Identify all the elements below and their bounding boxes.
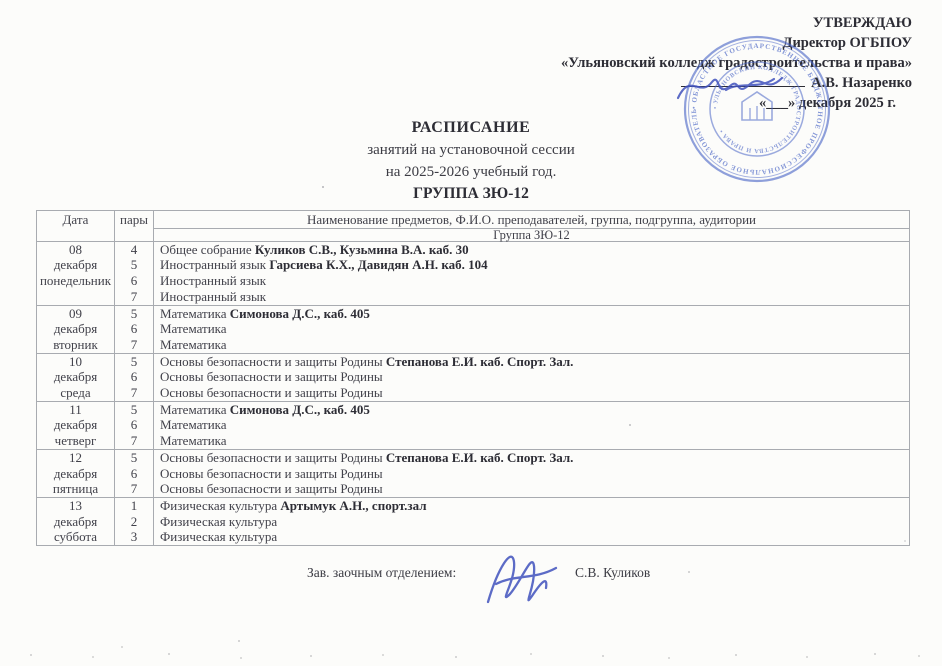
date-line: 09 [37, 306, 114, 322]
pair-number-cell: 7 [115, 481, 154, 497]
schedule-row: 7Основы безопасности и защиты Родины [37, 385, 910, 401]
pair-number-cell: 4 [115, 241, 154, 257]
lesson-cell: Математика [154, 337, 910, 353]
schedule-row: 7Иностранный язык [37, 289, 910, 305]
teacher-room-text: Степанова Е.И. каб. Спорт. Зал. [386, 450, 574, 465]
subject-text: Физическая культура [160, 498, 280, 513]
lesson-cell: Основы безопасности и защиты Родины [154, 481, 910, 497]
schedule-row: 6Основы безопасности и защиты Родины [37, 466, 910, 482]
document-title: РАСПИСАНИЕ [0, 117, 942, 139]
lesson-cell: Основы безопасности и защиты Родины Степ… [154, 353, 910, 369]
subject-text: Основы безопасности и защиты Родины [160, 481, 383, 496]
teacher-room-text: Куликов С.В., Кузьмина В.А. каб. 30 [255, 242, 469, 257]
date-line: 12 [37, 450, 114, 466]
scan-noise-specks [0, 0, 2, 2]
pair-number-cell: 5 [115, 401, 154, 417]
lesson-cell: Математика [154, 417, 910, 433]
subject-text: Иностранный язык [160, 289, 266, 304]
teacher-room-text: Симонова Д.С., каб. 405 [230, 306, 370, 321]
pair-number-cell: 5 [115, 257, 154, 273]
pair-number-cell: 6 [115, 369, 154, 385]
subject-text: Математика [160, 402, 230, 417]
teacher-room-text: Артымук А.Н., спорт.зал [280, 498, 426, 513]
subject-text: Математика [160, 321, 227, 336]
date-line: понедельник [37, 273, 114, 289]
lesson-cell: Физическая культура [154, 514, 910, 530]
lesson-cell: Математика Симонова Д.С., каб. 405 [154, 305, 910, 321]
date-line: среда [37, 385, 114, 401]
schedule-row: 6Математика [37, 321, 910, 337]
teacher-room-text: Гарсиева К.Х., Давидян А.Н. каб. 104 [269, 257, 487, 272]
schedule-row: 7Математика [37, 337, 910, 353]
date-line: декабря [37, 369, 114, 385]
schedule-row: 09декабрявторник5Математика Симонова Д.С… [37, 305, 910, 321]
lesson-cell: Иностранный язык Гарсиева К.Х., Давидян … [154, 257, 910, 273]
schedule-row: 13декабрясуббота1Физическая культура Арт… [37, 497, 910, 513]
lesson-cell: Физическая культура Артымук А.Н., спорт.… [154, 497, 910, 513]
lesson-cell: Математика [154, 321, 910, 337]
lesson-cell: Основы безопасности и защиты Родины [154, 369, 910, 385]
date-line: 10 [37, 354, 114, 370]
title-subtitle-1: занятий на установочной сессии [0, 139, 942, 161]
schedule-row: 08декабряпонедельник4Общее собрание Кули… [37, 241, 910, 257]
date-line: 11 [37, 402, 114, 418]
date-cell: 13декабрясуббота [37, 497, 115, 545]
schedule-row: 6Основы безопасности и защиты Родины [37, 369, 910, 385]
subject-text: Основы безопасности и защиты Родины [160, 466, 383, 481]
title-group-name: ГРУППА ЗЮ-12 [0, 183, 942, 205]
pair-number-cell: 7 [115, 337, 154, 353]
subject-text: Основы безопасности и защиты Родины [160, 385, 383, 400]
schedule-row: 11декабрячетверг5Математика Симонова Д.С… [37, 401, 910, 417]
date-line: декабря [37, 321, 114, 337]
subject-text: Иностранный язык [160, 273, 266, 288]
date-line: 13 [37, 498, 114, 514]
pair-number-cell: 2 [115, 514, 154, 530]
schedule-row: 7Основы безопасности и защиты Родины [37, 481, 910, 497]
col-header-pair: пары [115, 211, 154, 242]
schedule-table: Дата пары Наименование предметов, Ф.И.О.… [36, 210, 910, 546]
schedule-body: 08декабряпонедельник4Общее собрание Кули… [37, 241, 910, 545]
schedule-row: 6Иностранный язык [37, 273, 910, 289]
footer-position-label: Зав. заочным отделением: [307, 565, 456, 581]
subject-text: Основы безопасности и защиты Родины [160, 354, 386, 369]
date-line: вторник [37, 337, 114, 353]
date-cell: 12декабряпятница [37, 449, 115, 497]
date-cell: 08декабряпонедельник [37, 241, 115, 305]
schedule-row: 10декабрясреда5Основы безопасности и защ… [37, 353, 910, 369]
date-line: четверг [37, 433, 114, 449]
pair-number-cell: 6 [115, 273, 154, 289]
teacher-room-text: Симонова Д.С., каб. 405 [230, 402, 370, 417]
pair-number-cell: 7 [115, 433, 154, 449]
date-cell: 10декабрясреда [37, 353, 115, 401]
director-signature [668, 66, 800, 108]
schedule-row: 6Математика [37, 417, 910, 433]
pair-number-cell: 1 [115, 497, 154, 513]
scanned-schedule-page: УТВЕРЖДАЮ Директор ОГБПОУ «Ульяновский к… [0, 0, 942, 666]
schedule-row: 5Иностранный язык Гарсиева К.Х., Давидян… [37, 257, 910, 273]
col-header-date: Дата [37, 211, 115, 242]
pair-number-cell: 5 [115, 305, 154, 321]
schedule-row: 12декабряпятница5Основы безопасности и з… [37, 449, 910, 465]
subject-text: Основы безопасности и защиты Родины [160, 369, 383, 384]
subject-text: Общее собрание [160, 242, 255, 257]
document-title-block: РАСПИСАНИЕ занятий на установочной сесси… [0, 117, 942, 205]
subject-text: Математика [160, 433, 227, 448]
date-cell: 09декабрявторник [37, 305, 115, 353]
col-header-subjects: Наименование предметов, Ф.И.О. преподава… [154, 211, 910, 229]
subject-text: Основы безопасности и защиты Родины [160, 450, 386, 465]
date-line: декабря [37, 257, 114, 273]
pair-number-cell: 6 [115, 321, 154, 337]
lesson-cell: Математика [154, 433, 910, 449]
lesson-cell: Общее собрание Куликов С.В., Кузьмина В.… [154, 241, 910, 257]
date-line: декабря [37, 466, 114, 482]
pair-number-cell: 7 [115, 289, 154, 305]
lesson-cell: Математика Симонова Д.С., каб. 405 [154, 401, 910, 417]
pair-number-cell: 7 [115, 385, 154, 401]
date-line: декабря [37, 514, 114, 530]
pair-number-cell: 6 [115, 417, 154, 433]
subheader-group: Группа ЗЮ-12 [154, 228, 910, 241]
lesson-cell: Основы безопасности и защиты Родины Степ… [154, 449, 910, 465]
lesson-cell: Основы безопасности и защиты Родины [154, 385, 910, 401]
date-line: пятница [37, 481, 114, 497]
subject-text: Физическая культура [160, 529, 277, 544]
schedule-row: 7Математика [37, 433, 910, 449]
subject-text: Математика [160, 417, 227, 432]
pair-number-cell: 5 [115, 353, 154, 369]
title-subtitle-2: на 2025-2026 учебный год. [0, 161, 942, 183]
head-of-department-signature [468, 542, 580, 612]
subject-text: Физическая культура [160, 514, 277, 529]
date-line: 08 [37, 242, 114, 258]
pair-number-cell: 6 [115, 466, 154, 482]
subject-text: Математика [160, 306, 230, 321]
lesson-cell: Иностранный язык [154, 289, 910, 305]
date-line: декабря [37, 417, 114, 433]
teacher-room-text: Степанова Е.И. каб. Спорт. Зал. [386, 354, 574, 369]
pair-number-cell: 5 [115, 449, 154, 465]
lesson-cell: Основы безопасности и защиты Родины [154, 466, 910, 482]
subject-text: Иностранный язык [160, 257, 269, 272]
pair-number-cell: 3 [115, 529, 154, 545]
date-line: суббота [37, 529, 114, 545]
schedule-row: 2Физическая культура [37, 514, 910, 530]
footer-signer-name: С.В. Куликов [575, 565, 650, 581]
date-cell: 11декабрячетверг [37, 401, 115, 449]
subject-text: Математика [160, 337, 227, 352]
lesson-cell: Иностранный язык [154, 273, 910, 289]
